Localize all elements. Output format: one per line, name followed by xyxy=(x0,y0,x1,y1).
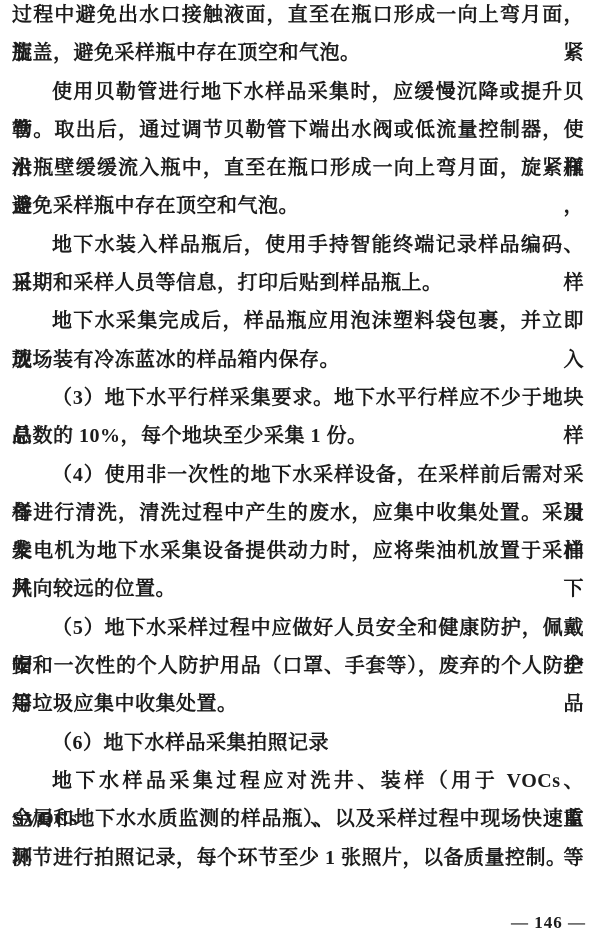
page-number: — 146 — xyxy=(511,913,586,933)
text-line: 帽和一次性的个人防护用品（口罩、手套等），废弃的个人防护用品 xyxy=(12,647,584,685)
text-line: 过程中避免出水口接触液面，直至在瓶口形成一向上弯月面，旋紧 xyxy=(12,0,584,34)
text-line: 发电机为地下水采集设备提供动力时，应将柴油机放置于采样井下 xyxy=(12,532,584,570)
text-line: 金属和地下水水质监测的样品瓶）、以及采样过程中现场快速监测等 xyxy=(12,800,584,838)
text-line: （4）使用非一次性的地下水采样设备，在采样前后需对采样设 xyxy=(12,456,584,494)
text-line: 管。取出后，通过调节贝勒管下端出水阀或低流量控制器，使水样 xyxy=(12,111,584,149)
text-line: （5）地下水采样过程中应做好人员安全和健康防护，佩戴安全 xyxy=(12,609,584,647)
text-line: 地下水装入样品瓶后，使用手持智能终端记录样品编码、采样 xyxy=(12,226,584,264)
text-line: 地下水样品采集过程应对洗井、装样（用于 VOCs、SVOCs、重 xyxy=(12,762,584,800)
text-line: 沿瓶壁缓缓流入瓶中，直至在瓶口形成一向上弯月面，旋紧瓶盖， xyxy=(12,149,584,187)
document-page: 过程中避免出水口接触液面，直至在瓶口形成一向上弯月面，旋紧瓶盖，避免采样瓶中存在… xyxy=(0,0,600,947)
text-line: （6）地下水样品采集拍照记录 xyxy=(12,724,584,762)
text-line: 备进行清洗，清洗过程中产生的废水，应集中收集处置。采用柴油 xyxy=(12,494,584,532)
text-line: 使用贝勒管进行地下水样品采集时，应缓慢沉降或提升贝勒 xyxy=(12,73,584,111)
text-line: 环节进行拍照记录，每个环节至少 1 张照片，以备质量控制。 xyxy=(12,839,584,877)
text-block: 过程中避免出水口接触液面，直至在瓶口形成一向上弯月面，旋紧瓶盖，避免采样瓶中存在… xyxy=(12,0,584,877)
text-line: 地下水采集完成后，样品瓶应用泡沫塑料袋包裹，并立即放入 xyxy=(12,302,584,340)
text-line: （3）地下水平行样采集要求。地下水平行样应不少于地块总样 xyxy=(12,379,584,417)
